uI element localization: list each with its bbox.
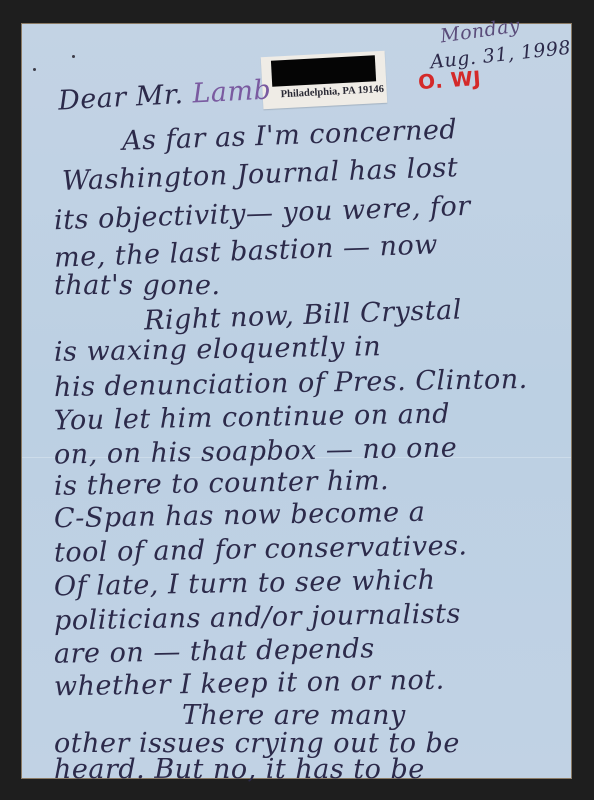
body-line-16: are on — that depends	[54, 635, 375, 668]
body-line-18: There are many	[182, 702, 406, 729]
salutation-name: Lamb	[192, 74, 272, 109]
body-line-3: its objectivity— you were, for	[54, 193, 471, 235]
paper-speck	[33, 68, 36, 71]
body-line-17: whether I keep it on or not.	[54, 667, 445, 701]
office-annotation: O. WJ	[417, 66, 482, 94]
body-line-15: politicians and/or journalists	[54, 600, 461, 634]
address-label: Philadelphia, PA 19146	[261, 51, 388, 109]
body-line-10: on, on his soapbox — no one	[54, 434, 458, 468]
body-line-4: me, the last bastion — now	[54, 231, 439, 271]
body-line-1: As far as I'm concerned	[122, 116, 458, 155]
scan-frame: Philadelphia, PA 19146 Monday Aug. 31, 1…	[0, 0, 594, 800]
redacted-name-block	[271, 55, 376, 86]
address-city-line: Philadelphia, PA 19146	[280, 84, 384, 100]
body-line-2: Washington Journal has lost	[62, 154, 459, 195]
body-line-5: that's gone.	[54, 272, 221, 299]
body-line-11: is there to counter him.	[54, 467, 390, 500]
body-line-14: Of late, I turn to see which	[54, 567, 436, 601]
body-line-7: is waxing eloquently in	[54, 333, 382, 366]
body-line-9: You let him continue on and	[54, 401, 450, 435]
body-line-12: C-Span has now become a	[54, 499, 426, 532]
paper-speck	[72, 55, 75, 58]
body-line-8: his denunciation of Pres. Clinton.	[54, 366, 528, 401]
letter-page: Philadelphia, PA 19146 Monday Aug. 31, 1…	[22, 24, 571, 778]
body-line-19: other issues crying out to be	[54, 730, 460, 757]
body-line-6: Right now, Bill Crystal	[144, 296, 463, 334]
salutation: Dear Mr. Lamb	[57, 76, 272, 114]
body-line-13: tool of and for conservatives.	[54, 532, 468, 566]
salutation-prefix: Dear Mr.	[57, 79, 184, 117]
body-line-20: heard. But no, it has to be	[54, 756, 425, 783]
